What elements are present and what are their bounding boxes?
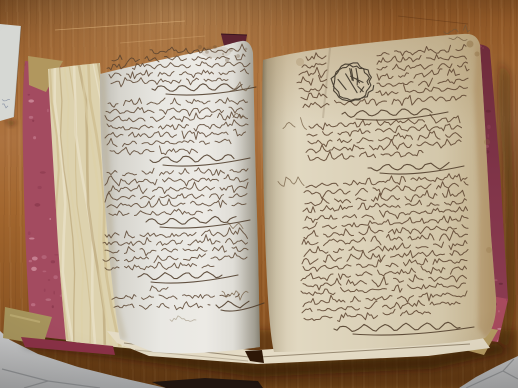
right-page-top-toning: [262, 33, 502, 128]
gutter-shadow: [233, 34, 287, 354]
manuscript-book: [3, 25, 516, 377]
photo-vector-layer: [0, 0, 518, 388]
table-scratches: [55, 16, 468, 43]
photo-scene: [0, 0, 518, 388]
paper-scrap: [0, 24, 21, 127]
